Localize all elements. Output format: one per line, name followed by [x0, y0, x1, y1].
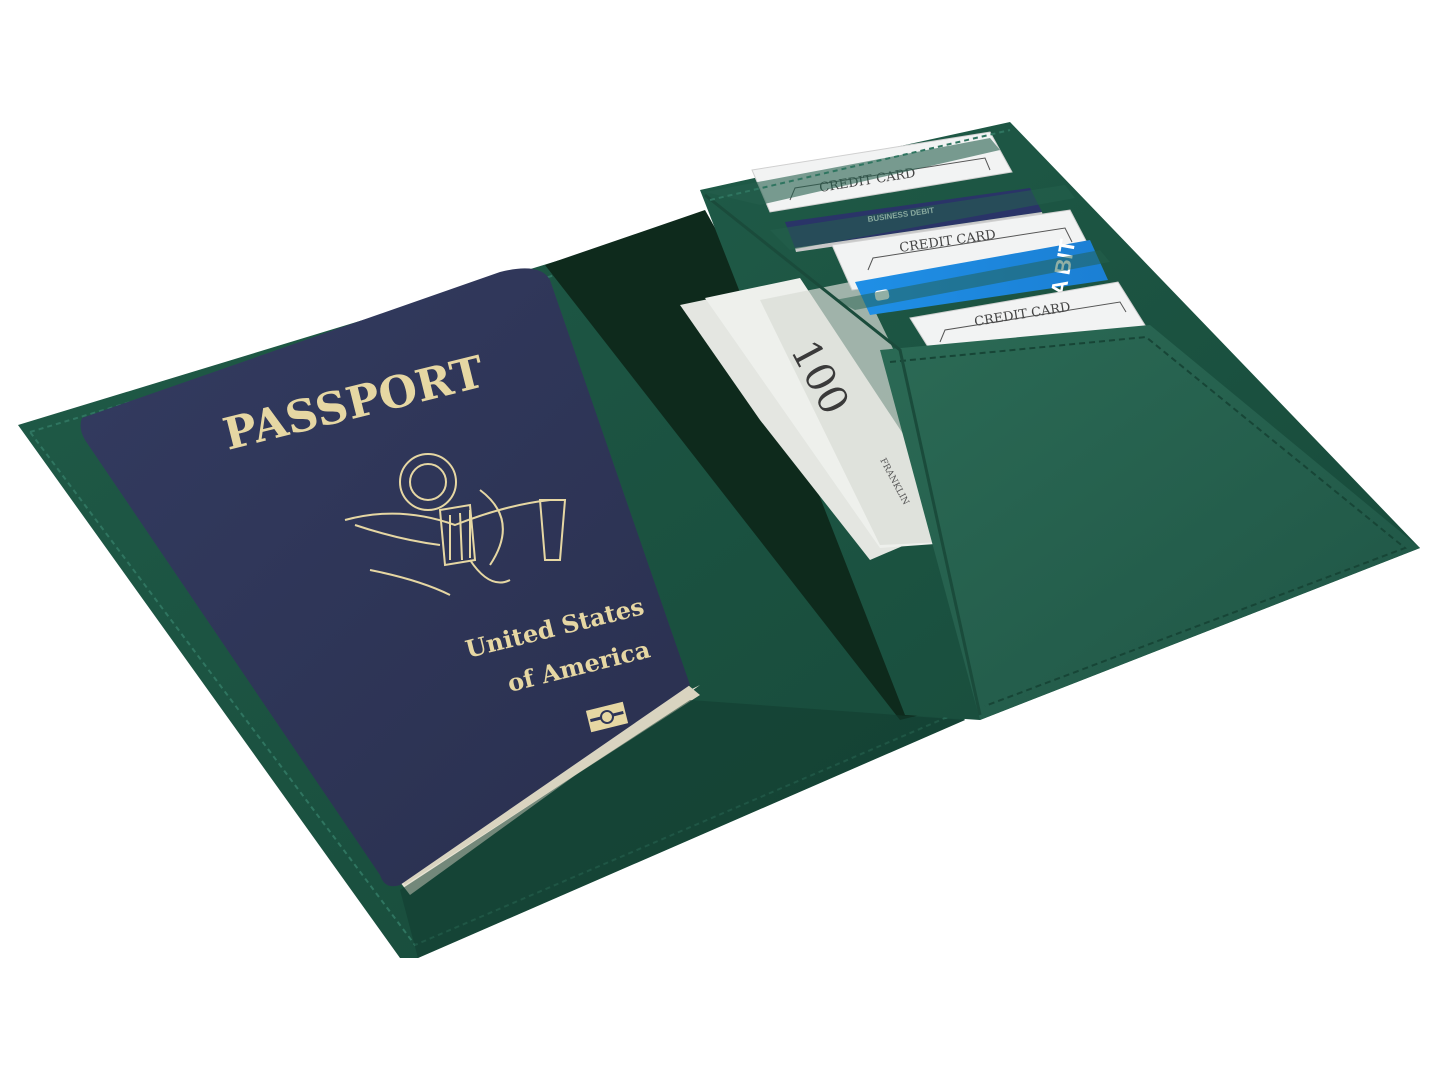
- product-photo: 100 FRANKLIN CREDIT CARD BUSINESS DEBIT …: [0, 0, 1445, 1084]
